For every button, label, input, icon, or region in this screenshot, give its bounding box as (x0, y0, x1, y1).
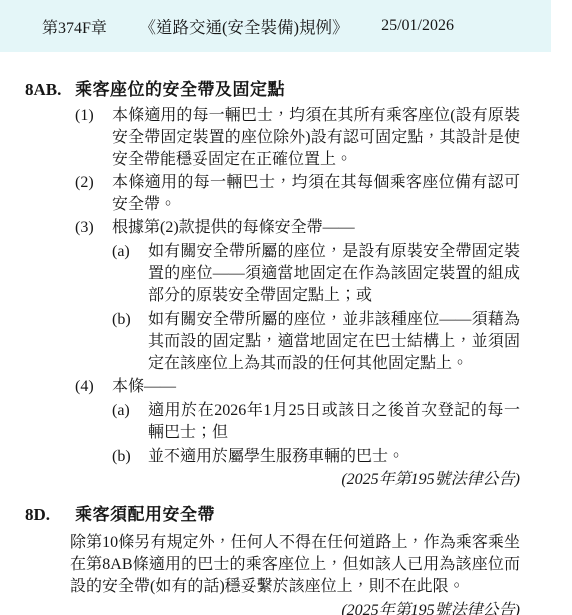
section-heading: 乘客須配用安全帶 (75, 504, 215, 526)
provision-item-4: (4) 本條—— (a) 適用於在2026年1月25日或該日之後首次登記的每一輛… (25, 376, 520, 468)
amendment-note: (2025年第195號法律公告) (25, 469, 520, 491)
version-date: 25/01/2026 (381, 17, 454, 35)
provision-item-1: (1) 本條適用的每一輛巴士，均須在其所有乘客座位(設有原裝安全帶固定裝置的座位… (25, 105, 520, 171)
provision-item-2: (2) 本條適用的每一輛巴士，均須在其每個乘客座位備有認可安全帶。 (25, 172, 520, 216)
subitem-label: (b) (112, 309, 148, 375)
sub-item-b: (b) 並不適用於屬學生服務車輛的巴士。 (112, 446, 520, 468)
section-heading: 乘客座位的安全帶及固定點 (75, 79, 285, 101)
item-label: (4) (75, 376, 112, 468)
item-label: (1) (75, 105, 112, 171)
item-text: 本條適用的每一輛巴士，均須在其每個乘客座位備有認可安全帶。 (112, 172, 520, 216)
sub-item-a: (a) 適用於在2026年1月25日或該日之後首次登記的每一輛巴士；但 (112, 400, 520, 444)
subitem-label: (b) (112, 446, 148, 468)
section-8ab: 8AB. 乘客座位的安全帶及固定點 (1) 本條適用的每一輛巴士，均須在其所有乘… (25, 79, 520, 491)
document-body: 8AB. 乘客座位的安全帶及固定點 (1) 本條適用的每一輛巴士，均須在其所有乘… (25, 79, 520, 615)
section-number: 8AB. (25, 79, 75, 101)
subitem-label: (a) (112, 400, 148, 444)
subitem-text: 如有關安全帶所屬的座位，並非該種座位——須藉為其而設的固定點，適當地固定在巴士結… (148, 309, 520, 375)
subitem-text: 並不適用於屬學生服務車輛的巴士。 (148, 446, 520, 468)
document-header: 第374F章 《道路交通(安全裝備)規例》 25/01/2026 (0, 0, 572, 52)
section-heading-row: 8AB. 乘客座位的安全帶及固定點 (25, 79, 520, 101)
sub-item-b: (b) 如有關安全帶所屬的座位，並非該種座位——須藉為其而設的固定點，適當地固定… (112, 309, 520, 375)
subitem-label: (a) (112, 241, 148, 307)
item-text: 本條適用的每一輛巴士，均須在其所有乘客座位(設有原裝安全帶固定裝置的座位除外)設… (112, 105, 520, 171)
amendment-note: (2025年第195號法律公告) (25, 600, 520, 615)
item-label: (3) (75, 217, 112, 375)
section-number: 8D. (25, 504, 75, 526)
item-text: 根據第(2)款提供的每條安全帶—— (112, 217, 520, 239)
provision-item-3: (3) 根據第(2)款提供的每條安全帶—— (a) 如有關安全帶所屬的座位，是設… (25, 217, 520, 375)
item-label: (2) (75, 172, 112, 216)
item-text: 本條—— (112, 376, 520, 398)
sub-item-a: (a) 如有關安全帶所屬的座位，是設有原裝安全帶固定裝置的座位——須適當地固定在… (112, 241, 520, 307)
subitem-text: 適用於在2026年1月25日或該日之後首次登記的每一輛巴士；但 (148, 400, 520, 444)
section-heading-row: 8D. 乘客須配用安全帶 (25, 504, 520, 526)
section-8d: 8D. 乘客須配用安全帶 除第10條另有規定外，任何人不得在任何道路上，作為乘客… (25, 504, 520, 615)
chapter-number: 第374F章 (42, 15, 107, 38)
section-paragraph: 除第10條另有規定外，任何人不得在任何道路上，作為乘客乘坐在第8AB條適用的巴士… (70, 532, 520, 598)
subitem-text: 如有關安全帶所屬的座位，是設有原裝安全帶固定裝置的座位——須適當地固定在作為該固… (148, 241, 520, 307)
document-title: 《道路交通(安全裝備)規例》 (140, 14, 349, 38)
